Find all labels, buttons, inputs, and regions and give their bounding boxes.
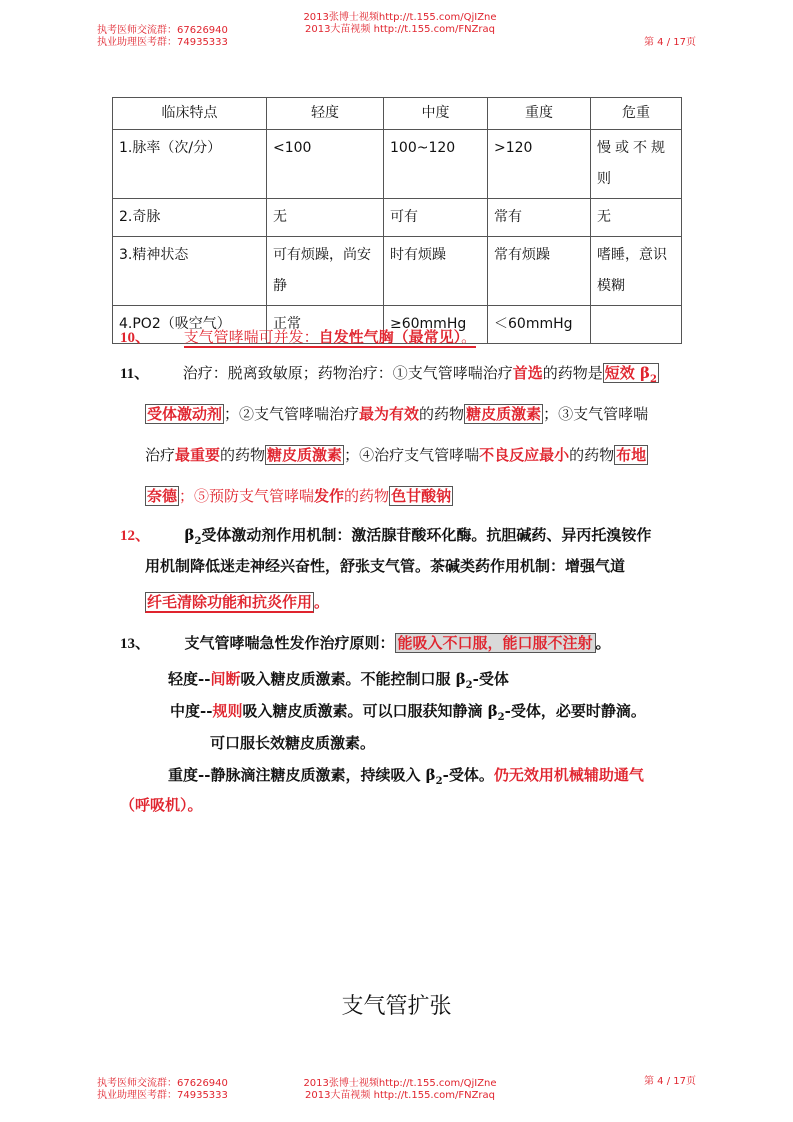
text: 的药物 — [344, 487, 389, 505]
table-cell — [591, 306, 682, 344]
text: 支气管哮喘急性发作治疗原则： — [184, 634, 394, 652]
text: 吸入糖皮质激素。可以口服获知静滴 β — [242, 702, 497, 720]
table-header-cell: 临床特点 — [113, 98, 267, 130]
text: 。 — [314, 593, 329, 611]
table-cell: 嗜睡，意识模糊 — [591, 237, 682, 306]
text: 。 — [596, 634, 611, 652]
highlighted-principle: 能吸入不口服，能口服不注射 — [395, 633, 596, 653]
item-11-line-2: 受体激动剂；②支气管哮喘治疗最为有效的药物糖皮质激素；③支气管哮喘 — [145, 403, 648, 424]
item-11-line-4: 奈德；⑤预防支气管哮喘发作的药物色甘酸钠 — [145, 485, 453, 506]
table-cell: 无 — [591, 199, 682, 237]
table-cell: 2.奇脉 — [113, 199, 267, 237]
text: 治疗 — [145, 446, 175, 464]
item-13-moderate: 中度--规则吸入糖皮质激素。可以口服获知静滴 β2-受体，必要时静滴。 — [170, 700, 646, 723]
header-video-links: 2013张博士视频http://t.155.com/QjIZne 2013大苗视… — [290, 12, 510, 36]
text: 的药物 — [220, 446, 265, 464]
boxed-keyword: 糖皮质激素 — [464, 404, 543, 424]
text: ；②支气管哮喘治疗 — [224, 405, 359, 423]
boxed-keyword: 受体激动剂 — [145, 404, 224, 424]
text: ；④治疗支气管哮喘 — [344, 446, 479, 464]
boxed-keyword: 布地 — [614, 445, 648, 465]
item-12-line-3: 纤毛清除功能和抗炎作用。 — [145, 591, 329, 612]
table-row: 3.精神状态 可有烦躁，尚安静 时有烦躁 常有烦躁 嗜睡，意识模糊 — [113, 237, 682, 306]
table-cell: 3.精神状态 — [113, 237, 267, 306]
header-group-2: 执业助理医考群：74935333 — [97, 37, 228, 49]
item-number: 11、 — [120, 366, 149, 382]
table-cell: 可有烦躁，尚安静 — [267, 237, 384, 306]
text: 吸入糖皮质激素。不能控制口服 β — [240, 670, 465, 688]
header-link-1[interactable]: 2013张博士视频http://t.155.com/QjIZne — [290, 12, 510, 24]
table-header-cell: 重度 — [488, 98, 591, 130]
item-13: 13、 支气管哮喘急性发作治疗原则：能吸入不口服，能口服不注射。 — [120, 632, 611, 653]
table-cell: 无 — [267, 199, 384, 237]
item-number: 12、 — [120, 528, 150, 544]
boxed-keyword: 短效 β2 — [603, 363, 659, 383]
table-row: 2.奇脉 无 可有 常有 无 — [113, 199, 682, 237]
item-13-mild: 轻度--间断吸入糖皮质激素。不能控制口服 β2-受体 — [168, 668, 509, 691]
table-cell: ＜60mmHg — [488, 306, 591, 344]
table-cell: 常有 — [488, 199, 591, 237]
keyword: 发作 — [314, 487, 344, 505]
text: 的药物 — [569, 446, 614, 464]
text: 重度--静脉滴注糖皮质激素，持续吸入 β — [168, 766, 436, 784]
table-cell: >120 — [488, 130, 591, 199]
footer-page-number: 第 4 / 17页 — [644, 1076, 696, 1088]
table-cell: 时有烦躁 — [384, 237, 488, 306]
item-10: 10、 支气管哮喘可并发：自发性气胸（最常见）。 — [120, 326, 476, 347]
item-13-severe: 重度--静脉滴注糖皮质激素，持续吸入 β2-受体。仍无效用机械辅助通气 — [168, 764, 644, 787]
text: 中度-- — [170, 702, 212, 720]
keyword: 仍无效用机械辅助通气 — [494, 766, 644, 784]
item-12-line-1: 12、 β2受体激动剂作用机制：激活腺苷酸环化酶。抗胆碱药、异丙托溴铵作 — [120, 524, 651, 547]
keyword: 规则 — [212, 702, 242, 720]
header-group-1: 执考医师交流群：67626940 — [97, 25, 228, 37]
table-row: 1.脉率（次/分） <100 100~120 >120 慢或不规则 — [113, 130, 682, 199]
item-10-text: 支气管哮喘可并发： — [184, 328, 319, 346]
clinical-severity-table: 临床特点 轻度 中度 重度 危重 1.脉率（次/分） <100 100~120 … — [112, 97, 682, 344]
text: -受体。 — [443, 766, 494, 784]
keyword: 首选 — [513, 364, 543, 382]
item-number: 13、 — [120, 636, 150, 652]
keyword: 间断 — [210, 670, 240, 688]
table-cell: 可有 — [384, 199, 488, 237]
text: ；③支气管哮喘 — [543, 405, 648, 423]
text: 的药物 — [419, 405, 464, 423]
boxed-keyword: 色甘酸钠 — [389, 486, 453, 506]
header-link-2[interactable]: 2013大苗视频 http://t.155.com/FNZraq — [290, 24, 510, 36]
keyword: 不良反应最小 — [479, 446, 569, 464]
header-group-info: 执考医师交流群：67626940 执业助理医考群：74935333 — [97, 25, 228, 49]
text: 轻度-- — [168, 670, 210, 688]
section-title: 支气管扩张 — [0, 989, 793, 1020]
item-number: 10、 — [120, 330, 150, 346]
table-header-cell: 轻度 — [267, 98, 384, 130]
footer-link-1[interactable]: 2013张博士视频http://t.155.com/QjIZne — [290, 1078, 510, 1090]
item-10-period: 。 — [461, 328, 476, 346]
text: 治疗：脱离致敏原；药物治疗：①支气管哮喘治疗 — [183, 364, 513, 382]
table-header-cell: 中度 — [384, 98, 488, 130]
beta-symbol: β — [184, 526, 194, 544]
footer-group-2: 执业助理医考群：74935333 — [97, 1090, 228, 1102]
text: 受体激动剂作用机制：激活腺苷酸环化酶。抗胆碱药、异丙托溴铵作 — [201, 526, 651, 544]
footer-link-2[interactable]: 2013大苗视频 http://t.155.com/FNZraq — [290, 1090, 510, 1102]
item-13-severe-2: （呼吸机）。 — [120, 794, 203, 815]
text: ；⑤预防支气管哮喘 — [179, 487, 314, 505]
boxed-keyword: 糖皮质激素 — [265, 445, 344, 465]
table-header-cell: 危重 — [591, 98, 682, 130]
table-cell: <100 — [267, 130, 384, 199]
footer-group-info: 执考医师交流群：67626940 执业助理医考群：74935333 — [97, 1078, 228, 1102]
footer-group-1: 执考医师交流群：67626940 — [97, 1078, 228, 1090]
item-12-line-2: 用机制降低迷走神经兴奋性，舒张支气管。茶碱类药作用机制：增强气道 — [145, 555, 625, 576]
footer-video-links: 2013张博士视频http://t.155.com/QjIZne 2013大苗视… — [290, 1078, 510, 1102]
text: 的药物是 — [543, 364, 603, 382]
table-cell: 100~120 — [384, 130, 488, 199]
boxed-keyword: 纤毛清除功能和抗炎作用 — [145, 592, 314, 613]
table-cell: 1.脉率（次/分） — [113, 130, 267, 199]
item-10-keypoint: 自发性气胸（最常见） — [319, 328, 462, 346]
boxed-keyword: 奈德 — [145, 486, 179, 506]
text: -受体 — [473, 670, 509, 688]
item-13-moderate-2: 可口服长效糖皮质激素。 — [210, 732, 375, 753]
table-header-row: 临床特点 轻度 中度 重度 危重 — [113, 98, 682, 130]
keyword: 短效 β — [605, 364, 650, 382]
table-cell: 慢或不规则 — [591, 130, 682, 199]
table-cell: 常有烦躁 — [488, 237, 591, 306]
text: -受体，必要时静滴。 — [505, 702, 646, 720]
page-number: 第 4 / 17页 — [644, 37, 696, 49]
keyword: 最为有效 — [359, 405, 419, 423]
item-11-line-1: 11、 治疗：脱离致敏原；药物治疗：①支气管哮喘治疗首选的药物是短效 β2 — [120, 362, 659, 385]
item-11-line-3: 治疗最重要的药物糖皮质激素；④治疗支气管哮喘不良反应最小的药物布地 — [145, 444, 648, 465]
keyword: 最重要 — [175, 446, 220, 464]
